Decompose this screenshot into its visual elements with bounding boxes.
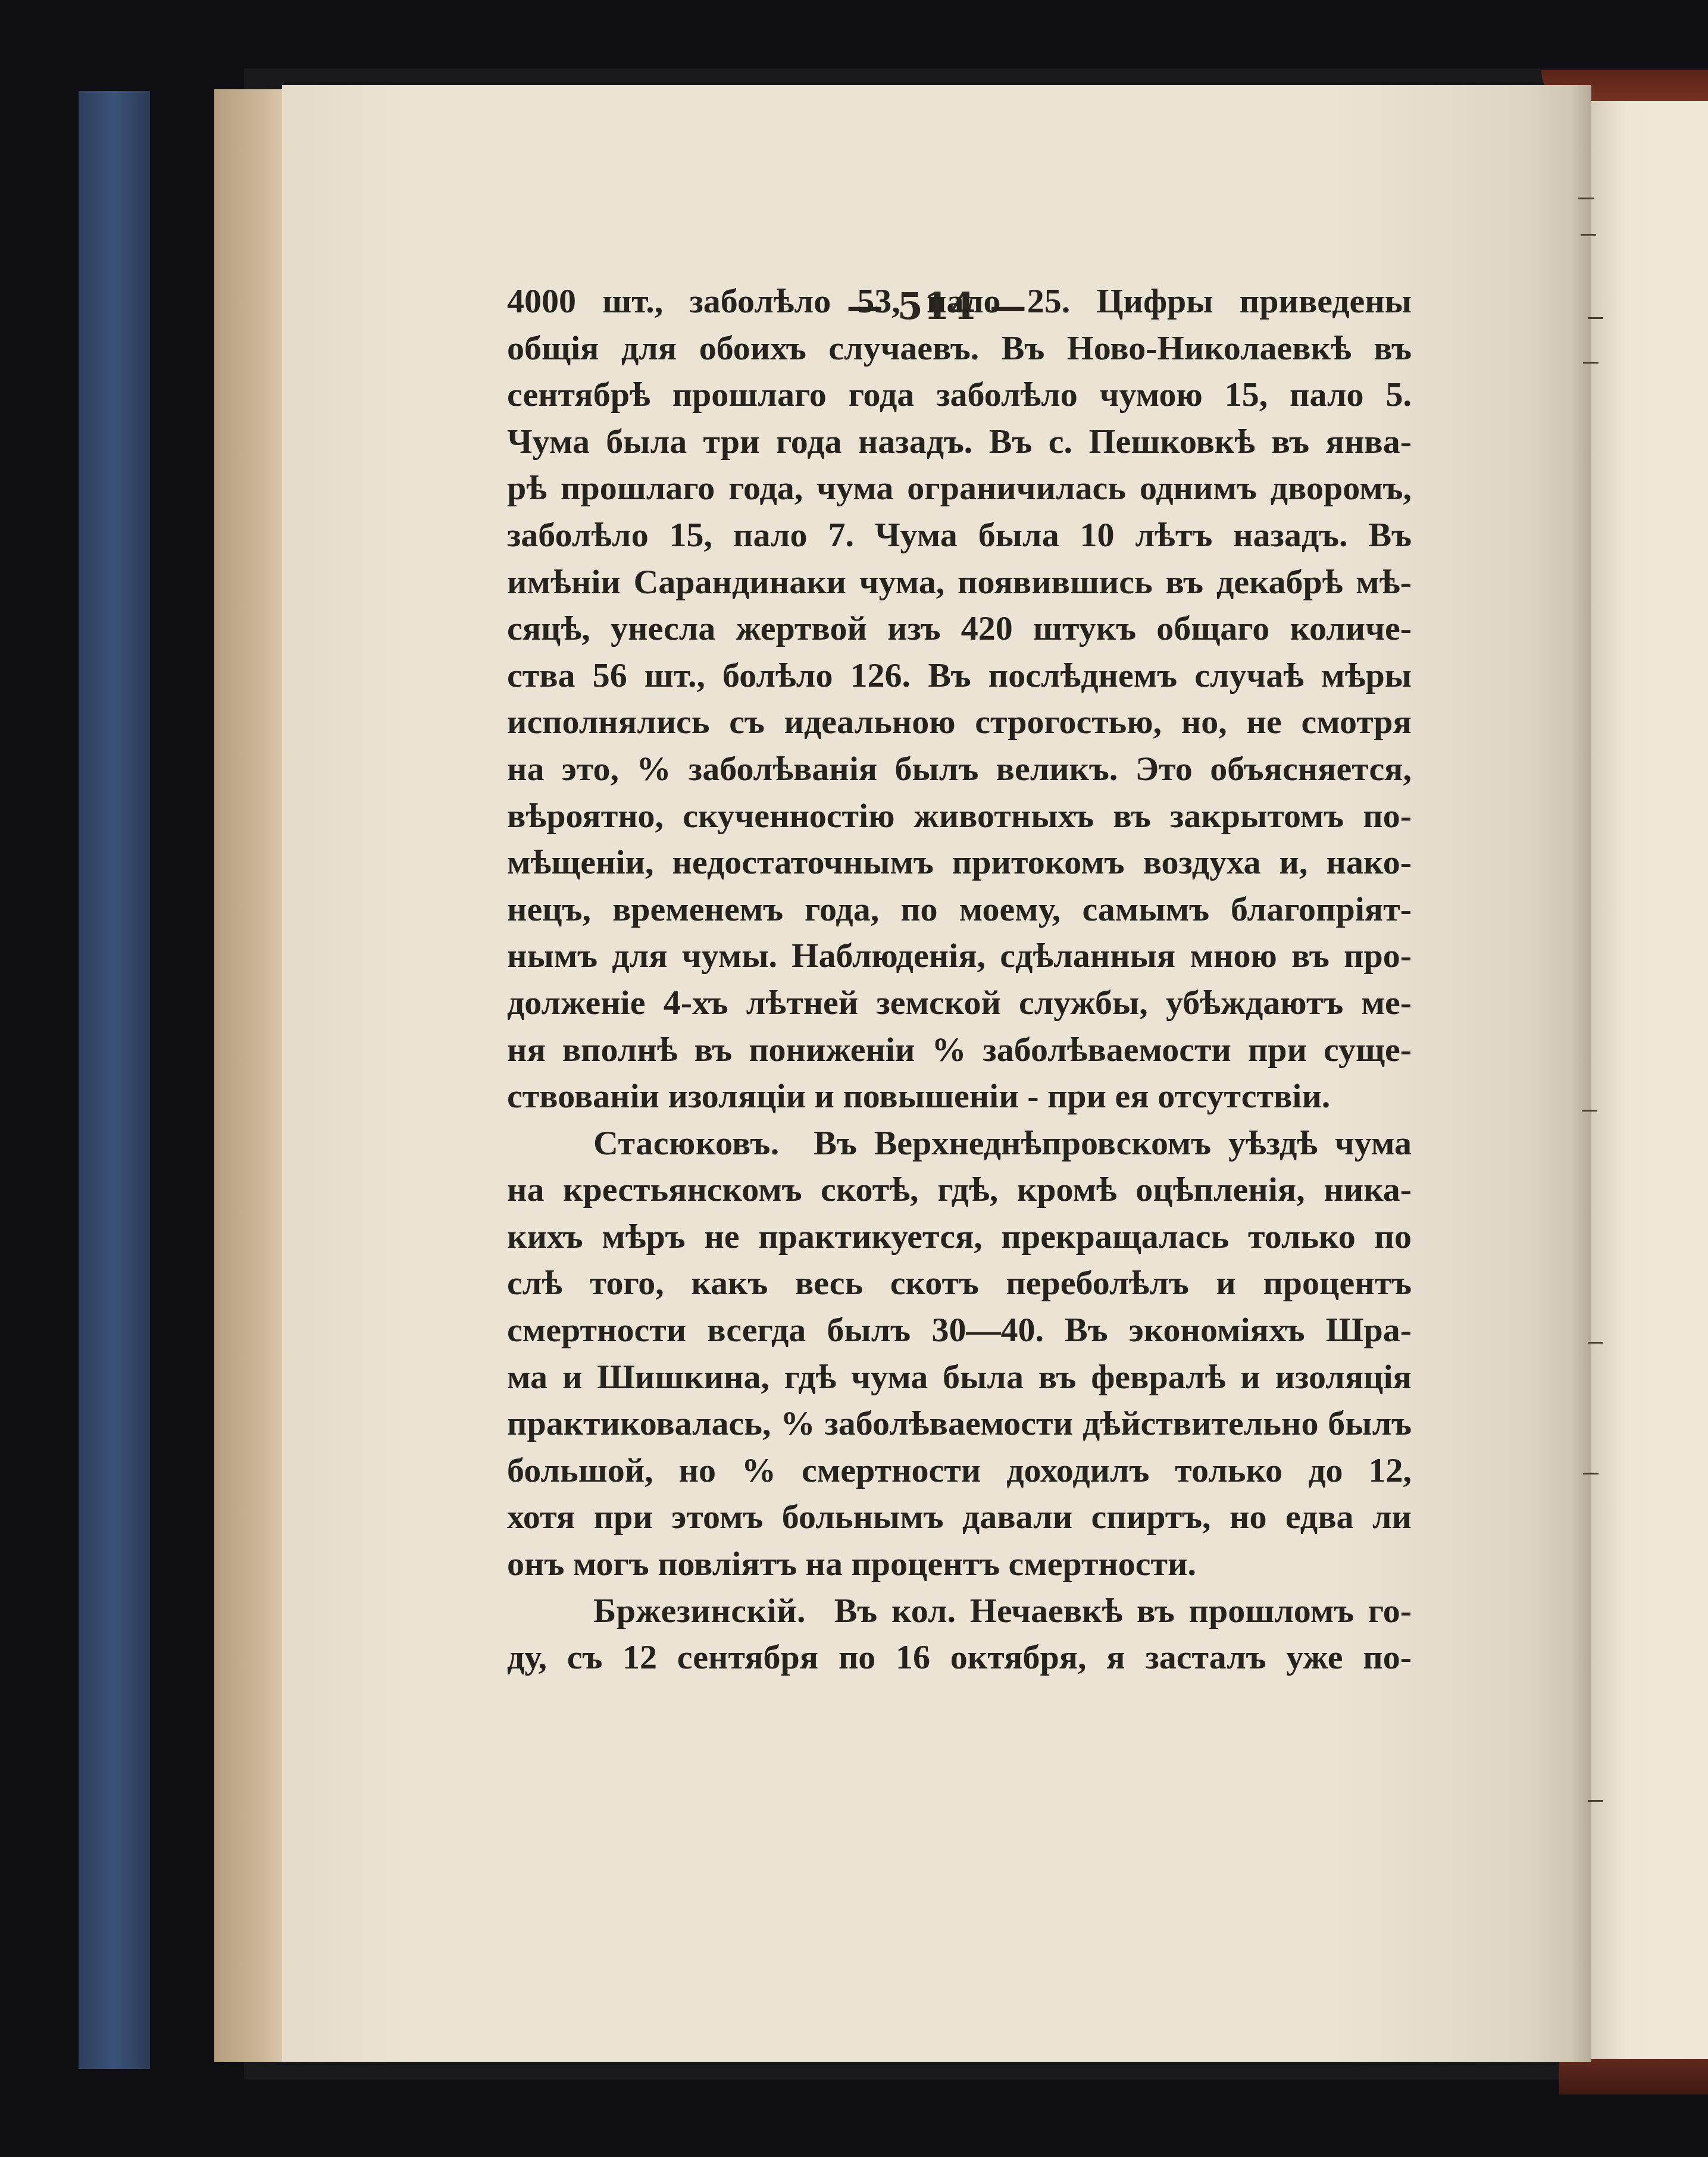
paragraph-first-line: Бржезинскій. Въ кол. Нечаевкѣ въ прошлом…	[507, 1588, 1412, 1635]
text-line: онъ могъ повліятъ на процентъ смертности…	[507, 1541, 1412, 1588]
text-line: кихъ мѣръ не практикуется, прекращалась …	[507, 1213, 1412, 1260]
margin-tick	[1588, 1342, 1603, 1344]
text-line: имѣніи Сарандинаки чума, появившись въ д…	[507, 559, 1412, 606]
text-line: практиковалась, % заболѣваемости дѣйстви…	[507, 1400, 1412, 1447]
text-line: долженіе 4-хъ лѣтней земской службы, убѣ…	[507, 979, 1412, 1026]
text-line: ду, съ 12 сентября по 16 октября, я заст…	[507, 1634, 1412, 1681]
text-line: хотя при этомъ больнымъ давали спиртъ, н…	[507, 1494, 1412, 1541]
margin-tick	[1582, 1110, 1597, 1112]
text-line: на крестьянскомъ скотѣ, гдѣ, кромѣ оцѣпл…	[507, 1166, 1412, 1213]
text-line: Чума была три года назадъ. Въ с. Пешковк…	[507, 418, 1412, 465]
text-line: заболѣло 15, пало 7. Чума была 10 лѣтъ н…	[507, 512, 1412, 559]
text-line: 4000 шт., заболѣло 53, пало 25. Цифры пр…	[507, 278, 1412, 325]
text-line: ма и Шишкина, гдѣ чума была въ февралѣ и…	[507, 1354, 1412, 1401]
speaker-name: Стасюковъ.	[593, 1123, 780, 1162]
margin-tick	[1581, 234, 1596, 236]
text-segment: Въ Верхнеднѣпровскомъ уѣздѣ чума	[814, 1123, 1412, 1162]
text-line: ства 56 шт., болѣло 126. Въ послѣднемъ с…	[507, 652, 1412, 699]
text-line: общія для обоихъ случаевъ. Въ Ново-Никол…	[507, 325, 1412, 372]
margin-tick	[1583, 1473, 1598, 1474]
text-line: вѣроятно, скученностію животныхъ въ закр…	[507, 793, 1412, 840]
text-line: ствованіи изоляціи и повышеніи - при ея …	[507, 1073, 1412, 1120]
text-line: на это, % заболѣванія былъ великъ. Это о…	[507, 746, 1412, 793]
text-line: сентябрѣ прошлаго года заболѣло чумою 15…	[507, 371, 1412, 418]
paragraph-first-line: Стасюковъ. Въ Верхнеднѣпровскомъ уѣздѣ ч…	[507, 1120, 1412, 1167]
text-line: исполнялись съ идеальною строгостью, но,…	[507, 699, 1412, 746]
margin-tick	[1588, 1800, 1603, 1802]
text-line: нецъ, временемъ года, по моему, самымъ б…	[507, 886, 1412, 933]
next-page-edge	[1591, 101, 1708, 2059]
body-text: 4000 шт., заболѣло 53, пало 25. Цифры пр…	[507, 278, 1412, 1681]
margin-tick	[1588, 317, 1603, 319]
margin-tick	[1583, 362, 1598, 364]
text-line: сяцѣ, унесла жертвой изъ 420 штукъ общаг…	[507, 605, 1412, 652]
text-line: рѣ прошлаго года, чума ограничилась одни…	[507, 465, 1412, 512]
speaker-name: Бржезинскій.	[593, 1591, 806, 1630]
text-line: мѣщеніи, недостаточнымъ притокомъ воздух…	[507, 839, 1412, 886]
page-block-edge	[214, 89, 282, 2062]
text-line: ня вполнѣ въ пониженіи % заболѣваемости …	[507, 1026, 1412, 1073]
text-line: смертности всегда былъ 30—40. Въ экономі…	[507, 1307, 1412, 1354]
book-cover-left	[79, 91, 150, 2069]
text-segment: Въ кол. Нечаевкѣ въ прошломъ го-	[834, 1591, 1412, 1630]
text-line: нымъ для чумы. Наблюденія, сдѣланныя мно…	[507, 932, 1412, 979]
text-line: слѣ того, какъ весь скотъ переболѣлъ и п…	[507, 1260, 1412, 1307]
text-line: большой, но % смертности доходилъ только…	[507, 1447, 1412, 1494]
margin-tick	[1578, 198, 1594, 199]
